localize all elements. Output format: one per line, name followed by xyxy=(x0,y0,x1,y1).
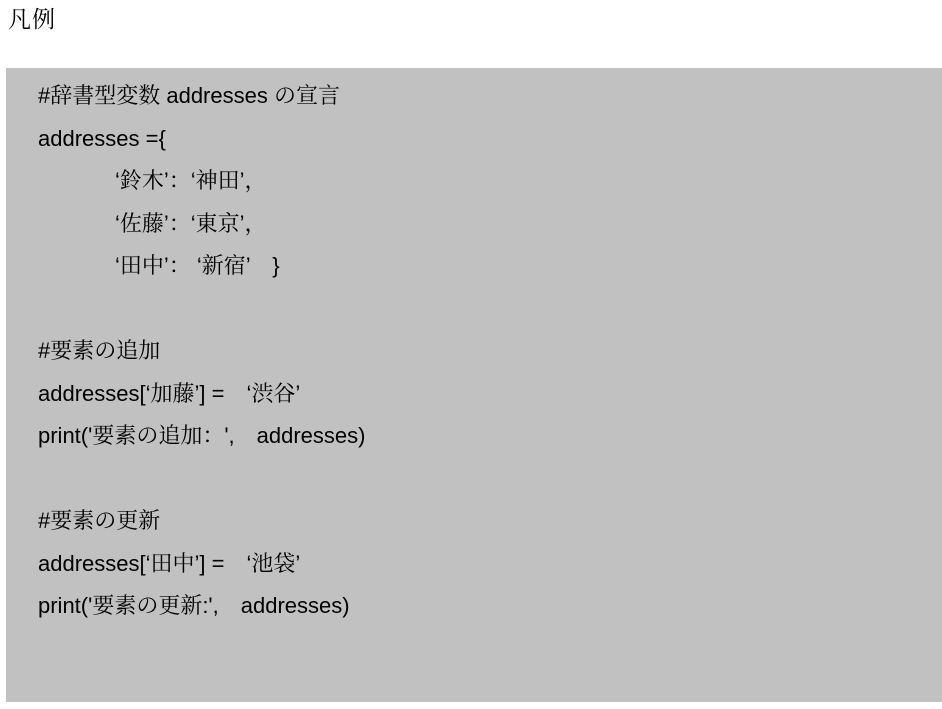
code-line: print('要素の追加：', addresses) xyxy=(38,415,942,458)
code-line xyxy=(38,288,942,331)
code-line: print('要素の更新:', addresses) xyxy=(38,585,942,628)
code-line: ‘佐藤’：‘東京’， xyxy=(38,203,942,246)
code-line: addresses ={ xyxy=(38,118,942,161)
code-line: ‘田中’： ‘新宿’ } xyxy=(38,245,942,288)
code-line: addresses[‘加藤’] = ‘渋谷’ xyxy=(38,373,942,416)
code-line: addresses[‘田中’] = ‘池袋’ xyxy=(38,543,942,586)
code-line: #要素の更新 xyxy=(38,500,942,543)
page-title: 凡例 xyxy=(8,5,56,33)
code-line: ‘鈴木’：‘神田’， xyxy=(38,160,942,203)
code-line: #要素の追加 xyxy=(38,330,942,373)
code-sample-block: #辞書型変数 addresses の宣言addresses ={‘鈴木’：‘神田… xyxy=(6,68,942,702)
code-line xyxy=(38,458,942,501)
code-line: #辞書型変数 addresses の宣言 xyxy=(38,75,942,118)
